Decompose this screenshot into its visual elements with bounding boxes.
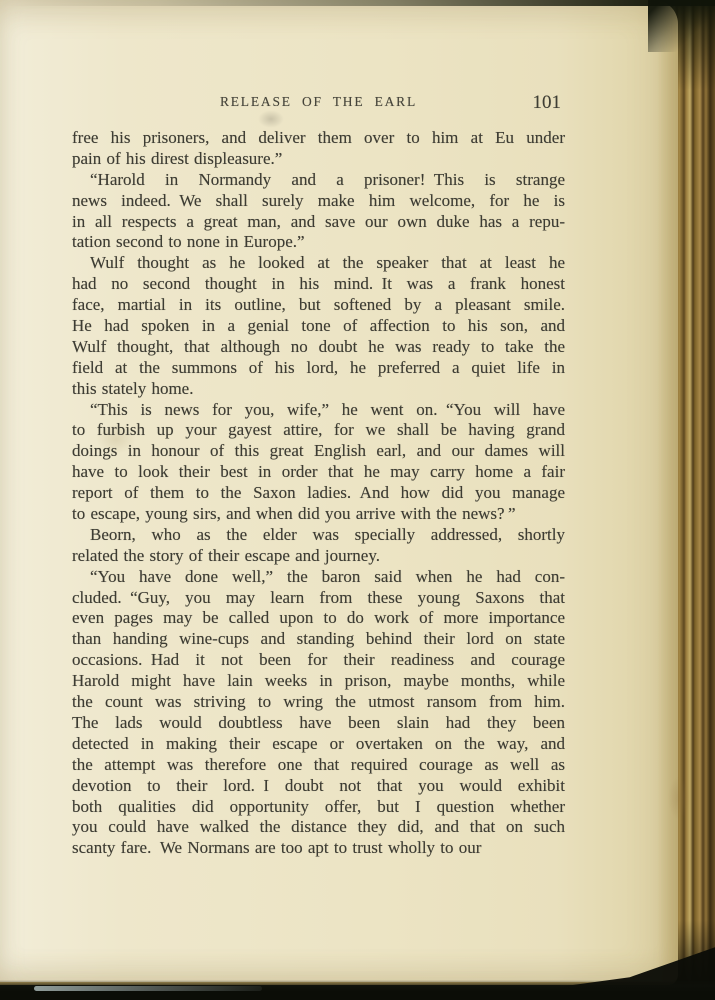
text-line: free his prisoners, and deliver them ove… xyxy=(72,128,565,149)
text-line: to furbish up your gayest attire, for we… xyxy=(72,420,565,441)
text-line: Harold might have lain weeks in prison, … xyxy=(72,671,565,692)
page-header: RELEASE OF THE EARL 101 xyxy=(72,92,565,112)
text-line: face, martial in its outline, but soften… xyxy=(72,295,565,316)
text-line: devotion to their lord. I doubt not that… xyxy=(72,776,565,797)
text-line: even pages may be called upon to do work… xyxy=(72,608,565,629)
text-line: report of them to the Saxon ladies. And … xyxy=(72,483,565,504)
paper-stain xyxy=(258,110,284,128)
text-line: doings in honour of this great English e… xyxy=(72,441,565,462)
text-line: Wulf thought, that although no doubt he … xyxy=(72,337,565,358)
lower-pages-edge-highlight xyxy=(34,986,262,991)
page-number: 101 xyxy=(533,92,562,114)
text-line: the count was striving to wring the utmo… xyxy=(72,692,565,713)
scan-top-right-shadow xyxy=(648,0,715,52)
text-line: have to look their best in order that he… xyxy=(72,462,565,483)
text-line: this stately home. xyxy=(72,379,565,400)
text-line: news indeed. We shall surely make him we… xyxy=(72,191,565,212)
text-block: free his prisoners, and deliver them ove… xyxy=(72,128,565,859)
page-surface: RELEASE OF THE EARL 101 free his prisone… xyxy=(0,0,678,985)
text-line: “This is news for you, wife,” he went on… xyxy=(72,400,565,421)
text-line: related the story of their escape and jo… xyxy=(72,546,565,567)
text-line: “Harold in Normandy and a prisoner! This… xyxy=(72,170,565,191)
scan-top-shadow xyxy=(0,0,715,6)
text-line: detected in making their escape or overt… xyxy=(72,734,565,755)
book-page-scan: RELEASE OF THE EARL 101 free his prisone… xyxy=(0,0,715,1000)
text-line: scanty fare. We Normans are too apt to t… xyxy=(72,838,565,859)
text-line: in all respects a great man, and save ou… xyxy=(72,212,565,233)
text-line: than handing wine-cups and standing behi… xyxy=(72,629,565,650)
text-line: He had spoken in a genial tone of affect… xyxy=(72,316,565,337)
text-line: you could have walked the distance they … xyxy=(72,817,565,838)
text-line: The lads would doubtless have been slain… xyxy=(72,713,565,734)
running-title: RELEASE OF THE EARL xyxy=(72,94,565,110)
text-line: to escape, young sirs, and when did you … xyxy=(72,504,565,525)
text-line: Beorn, who as the elder was specially ad… xyxy=(72,525,565,546)
text-line: tation second to none in Europe.” xyxy=(72,232,565,253)
text-line: the attempt was therefore one that requi… xyxy=(72,755,565,776)
text-line: both qualities did opportunity offer, bu… xyxy=(72,797,565,818)
text-line: “You have done well,” the baron said whe… xyxy=(72,567,565,588)
text-line: Wulf thought as he looked at the speaker… xyxy=(72,253,565,274)
text-line: field at the summons of his lord, he pre… xyxy=(72,358,565,379)
text-line: had no second thought in his mind. It wa… xyxy=(72,274,565,295)
text-line: pain of his direst displeasure.” xyxy=(72,149,565,170)
text-line: occasions. Had it not been for their rea… xyxy=(72,650,565,671)
text-line: cluded. “Guy, you may learn from these y… xyxy=(72,588,565,609)
